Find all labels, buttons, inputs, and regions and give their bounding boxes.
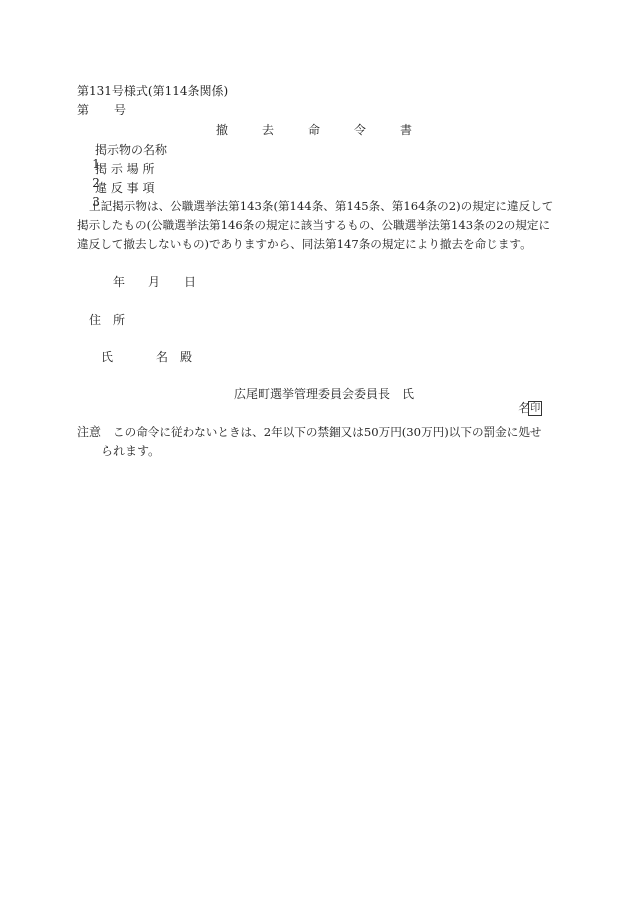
address-label: 住 所 xyxy=(89,313,125,327)
seal-icon: 印 xyxy=(528,401,542,416)
title-char: 去 xyxy=(262,123,274,137)
title-char: 命 xyxy=(308,123,320,137)
number-prefix: 第 xyxy=(77,103,89,117)
date-year: 年 xyxy=(113,275,125,289)
document-title: 撤 去 命 令 書 xyxy=(216,123,412,137)
item-1-label: 掲示物の名称 xyxy=(95,143,167,157)
date-month: 月 xyxy=(148,275,160,289)
body-line-3: 違反して撤去しないもの)でありますから、同法第147条の規定により撤去を命じます… xyxy=(77,237,532,251)
note-label: 注意 xyxy=(77,425,101,439)
body-line-2: 掲示したもの(公職選挙法第146条の規定に該当するもの、公職選挙法第143条の2… xyxy=(77,218,550,232)
note-line-2: られます。 xyxy=(101,444,160,458)
title-char: 書 xyxy=(400,123,412,137)
name-label-mei: 名 xyxy=(156,350,168,364)
date-day: 日 xyxy=(184,275,196,289)
number-suffix: 号 xyxy=(114,103,126,117)
title-char: 令 xyxy=(354,123,366,137)
form-number: 第131号様式(第114条関係) xyxy=(77,84,228,98)
name-label-shi: 氏 xyxy=(101,350,113,364)
item-2-label: 掲 示 場 所 xyxy=(95,162,154,176)
note-line-1: この命令に従わないときは、2年以下の禁錮又は50万円(30万円)以下の罰金に処せ xyxy=(113,425,542,439)
body-line-1: 上記掲示物は、公職選挙法第143条(第144条、第145条、第164条の2)の規… xyxy=(89,199,553,213)
name-label-dono: 殿 xyxy=(180,350,192,364)
issuer-signature: 名印 xyxy=(503,387,542,430)
issuer-title: 広尾町選挙管理委員会委員長 氏 xyxy=(234,387,414,401)
title-char: 撤 xyxy=(216,123,228,137)
item-3-label: 違 反 事 項 xyxy=(95,181,154,195)
